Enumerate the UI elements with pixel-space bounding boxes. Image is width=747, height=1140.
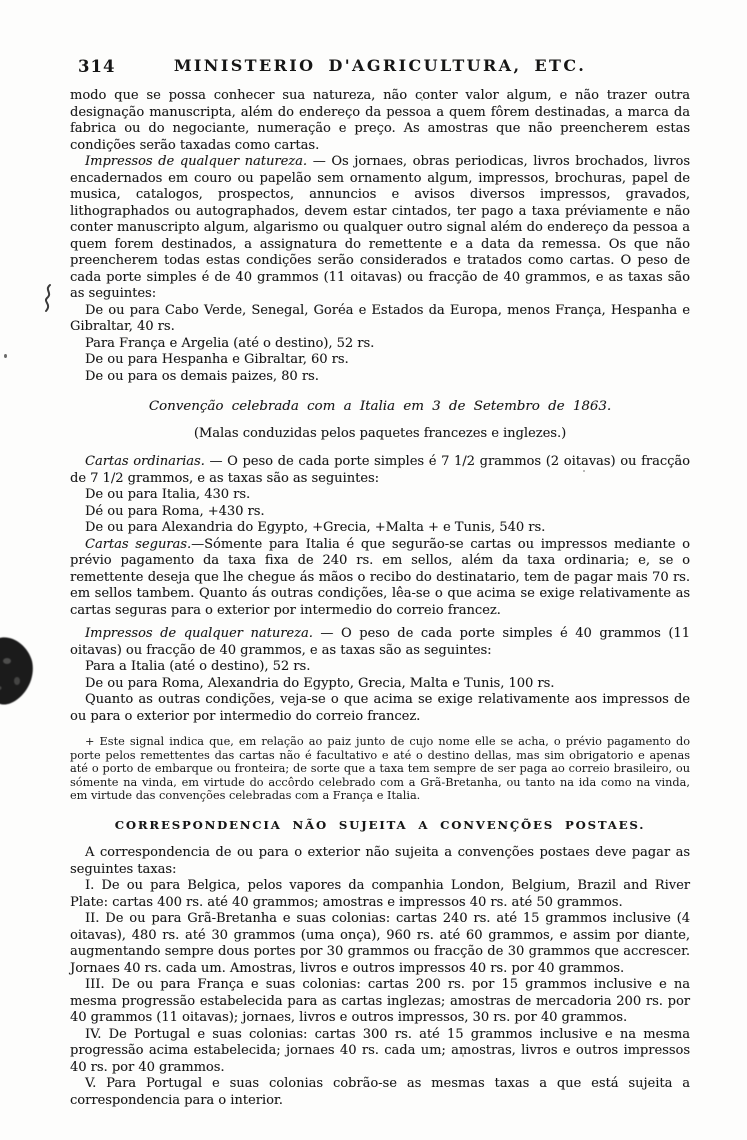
convention-heading: Convenção celebrada com a Italia em 3 de… — [70, 399, 690, 416]
paragraph-lead: Cartas ordinarias. — [85, 454, 205, 469]
numbered-item: I. De ou para Belgica, pelos vapores da … — [70, 878, 690, 911]
scanned-document-page: 314 MINISTERIO D'AGRICULTURA, ETC. modo … — [0, 0, 747, 1140]
scan-speck — [462, 1054, 464, 1057]
rate-line: De ou para Roma, Alexandria do Egypto, G… — [70, 676, 690, 693]
signal-footnote: + Este signal indica que, em relação ao … — [70, 735, 690, 803]
page-title: MINISTERIO D'AGRICULTURA, ETC. — [70, 56, 690, 75]
paragraph-lead: Impressos de qualquer natureza. — [85, 626, 313, 641]
ink-blot — [0, 633, 39, 711]
continued-paragraph: modo que se possa conhecer sua natureza,… — [70, 88, 690, 154]
margin-scribble-mark — [40, 283, 56, 317]
intro-paragraph: A correspondencia de ou para o exterior … — [70, 845, 690, 878]
cartas-seguras-paragraph: Cartas seguras.—Sómente para Italia é qu… — [70, 537, 690, 620]
rate-line: De ou para os demais paizes, 80 rs. — [70, 369, 690, 386]
ink-blot-shape — [0, 633, 39, 707]
cartas-ordinarias-paragraph: Cartas ordinarias. — O peso de cada port… — [70, 454, 690, 487]
paragraph-body: — Os jornaes, obras periodicas, livros b… — [70, 154, 690, 301]
paragraph-lead: Impressos de qualquer natureza. — [85, 154, 307, 169]
scan-speck — [421, 99, 423, 101]
malas-subheading: (Malas conduzidas pelos paquetes francez… — [70, 426, 690, 443]
rate-line: De ou para Cabo Verde, Senegal, Goréa e … — [70, 303, 690, 336]
rate-line: Para França e Argelia (até o destino), 5… — [70, 336, 690, 353]
rate-line: Para a Italia (até o destino), 52 rs. — [70, 659, 690, 676]
scan-speck — [583, 470, 585, 472]
impressos-paragraph-2: Impressos de qualquer natureza. — O peso… — [70, 626, 690, 659]
correspondencia-heading: CORRESPONDENCIA NÃO SUJEITA A CONVENÇÕES… — [70, 817, 690, 834]
quanto-paragraph: Quanto as outras condições, veja-se o qu… — [70, 692, 690, 725]
rate-line: Dé ou para Roma, +430 rs. — [70, 504, 690, 521]
numbered-item: IV. De Portugal e suas colonias: cartas … — [70, 1027, 690, 1077]
margin-scribble-shape — [40, 283, 56, 313]
rate-line: De ou para Hespanha e Gibraltar, 60 rs. — [70, 352, 690, 369]
impressos-paragraph-1: Impressos de qualquer natureza. — Os jor… — [70, 154, 690, 303]
numbered-item: II. De ou para Grã-Bretanha e suas colon… — [70, 911, 690, 977]
text-column: modo que se possa conhecer sua natureza,… — [70, 88, 690, 1109]
numbered-item: V. Para Portugal e suas colonias cobrão-… — [70, 1076, 690, 1109]
rate-line: De ou para Alexandria do Egypto, +Grecia… — [70, 520, 690, 537]
rate-line: De ou para Italia, 430 rs. — [70, 487, 690, 504]
page-header: 314 MINISTERIO D'AGRICULTURA, ETC. — [70, 56, 690, 80]
margin-dot — [4, 354, 7, 358]
paragraph-lead: Cartas seguras. — [85, 537, 191, 552]
page-number: 314 — [78, 57, 115, 76]
numbered-item: III. De ou para França e suas colonias: … — [70, 977, 690, 1027]
